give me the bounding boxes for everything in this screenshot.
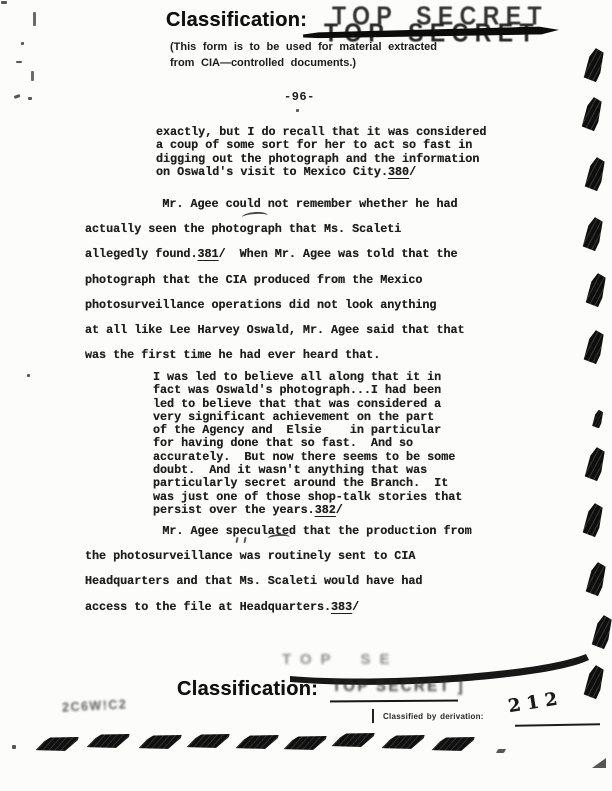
binding-mark: [283, 736, 328, 750]
page-stamp-212: 212: [507, 688, 565, 717]
binding-mark: [86, 734, 131, 748]
binding-mark: [582, 503, 603, 538]
binding-mark: [381, 735, 426, 749]
quote-continuation: exactly, but I do recall that it was con…: [156, 126, 486, 179]
ink-speck: [296, 109, 299, 112]
binding-mark: [584, 447, 605, 482]
binding-mark: [585, 273, 606, 308]
binding-mark: [186, 734, 231, 748]
binding-mark: [138, 735, 183, 749]
top-secret-stamp-smudged: TOP SECRET ]: [332, 678, 465, 696]
blockquote-agee: I was led to believe all along that it i…: [153, 371, 462, 517]
ink-speck: [31, 71, 34, 81]
ink-speck: [27, 374, 30, 377]
binding-mark: [585, 562, 606, 597]
binding-mark: [331, 733, 376, 747]
ink-speck: [496, 749, 506, 753]
binding-mark: [431, 737, 476, 751]
classification-label-top: Classification:: [166, 9, 307, 32]
classified-by-derivation-label: Classified by derivation:: [383, 712, 484, 721]
document-page: Classification: TOP SECRET TOP SECRET (T…: [0, 0, 612, 791]
binding-mark: [592, 758, 606, 768]
bleed-through-smudge: 2C6W!C2: [62, 697, 128, 714]
ink-speck: [21, 42, 24, 45]
binding-mark: [582, 217, 603, 252]
binding-mark: [235, 735, 280, 749]
binding-mark: [592, 409, 603, 428]
form-divider-tick: [372, 709, 374, 723]
binding-mark: [583, 48, 604, 83]
paragraph-agee-photo: Mr. Agee could not remember whether he h…: [85, 192, 465, 368]
page-number: -96-: [284, 90, 315, 104]
ink-speck: [12, 745, 16, 749]
binding-mark: [584, 157, 605, 192]
binding-mark: [581, 97, 602, 132]
ink-speck: [28, 97, 32, 100]
classification-label-bottom: Classification:: [177, 678, 318, 701]
binding-mark: [591, 615, 612, 650]
form-note: (This form is to be used for material ex…: [170, 40, 437, 71]
ink-speck: [16, 61, 22, 63]
stamp-underline: [330, 700, 458, 703]
ink-speck: [33, 12, 36, 26]
ink-speck: [14, 94, 20, 98]
binding-mark: [583, 330, 604, 365]
binding-mark: [35, 737, 80, 751]
ink-speck: [1, 1, 7, 4]
derivation-blank-line: [515, 723, 600, 726]
